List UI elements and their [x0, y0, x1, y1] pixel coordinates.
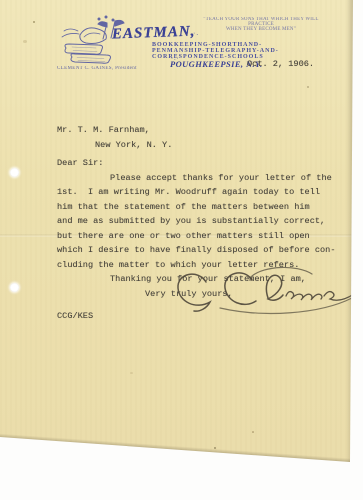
letterhead-subjects: BOOKKEEPING-SHORTHAND- PENMANSHIP-TELEGR…: [152, 42, 262, 60]
letter-line: New York, N. Y.: [57, 138, 347, 153]
letterhead-ornament: .·.: [190, 30, 199, 37]
hole-punch-bottom: [10, 283, 19, 292]
letter-line: 1st. I am writing Mr. Woodruff again tod…: [57, 185, 347, 200]
president-line: CLEMENT C. GAINES, President: [57, 66, 137, 71]
paper-speckle: [23, 40, 27, 43]
letter-date: Oct. 2, 1906.: [247, 59, 314, 69]
letter-line: Mr. T. M. Farnham,: [57, 123, 347, 138]
letter-line: but there are one or two other matters s…: [57, 229, 347, 244]
paper-speckle: [130, 372, 133, 374]
letter-line: which I desire to have finally disposed …: [57, 243, 347, 258]
school-name: EASTMAN,: [112, 24, 196, 44]
letter-line: and me as submitted by you is substantia…: [57, 214, 347, 229]
motto-line-2: WHEN THEY BECOME MEN": [196, 27, 326, 32]
letter-paper-sheet: "TEACH YOUR SONS THAT WHICH THEY WILL PR…: [0, 0, 363, 500]
paper-speckle: [33, 21, 35, 23]
letter-line: him that the statement of the matters be…: [57, 200, 347, 215]
signature-autograph: C. C. Gaines: [168, 266, 360, 322]
letter-line: Please accept thanks for your letter of …: [57, 171, 347, 186]
paper-speckle: [307, 86, 309, 88]
paper-bottom-edge: [0, 433, 363, 466]
reference-initials: CCG/KES: [57, 311, 93, 321]
paper-speckle: [252, 431, 254, 433]
letter-line: Dear Sir:: [57, 156, 347, 171]
letterhead-motto: "TEACH YOUR SONS THAT WHICH THEY WILL PR…: [196, 17, 326, 32]
hole-punch-top: [10, 168, 19, 177]
paper-right-edge: [346, 0, 354, 466]
motto-line-1: "TEACH YOUR SONS THAT WHICH THEY WILL PR…: [196, 17, 326, 27]
